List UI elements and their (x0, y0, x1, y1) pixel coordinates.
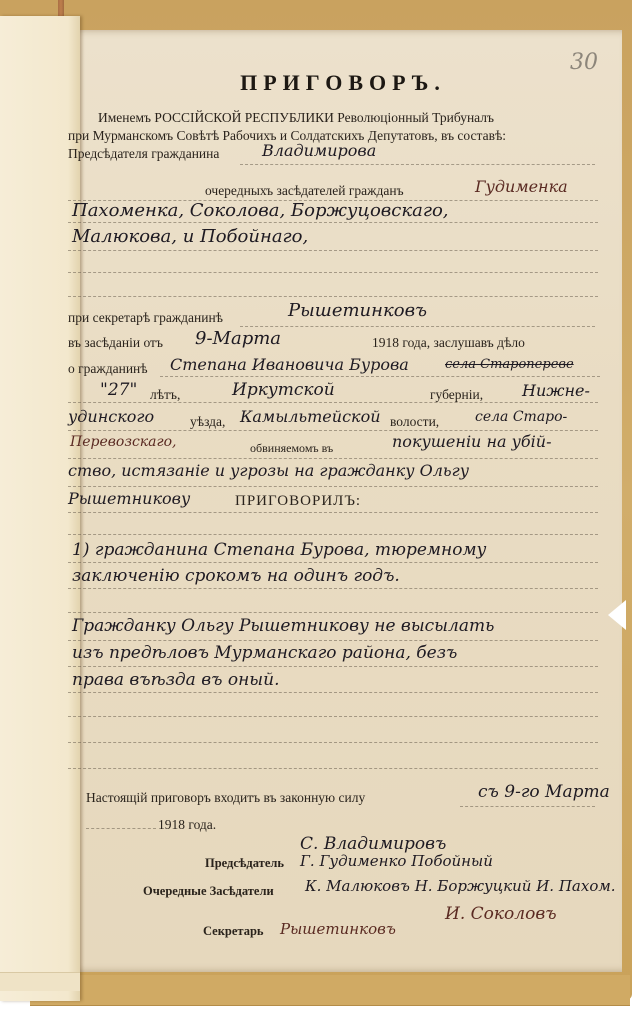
rule (68, 222, 598, 223)
verdict-1-line-a: 1) гражданина Степана Бурова, тюремному (72, 540, 486, 560)
secretary-value: Рышетинковъ (288, 300, 427, 321)
effective-value: съ 9-го Марта (478, 782, 610, 802)
rule (160, 376, 600, 377)
province-value: Иркутской (232, 380, 335, 400)
volost-label: волости, (390, 414, 439, 430)
rule (68, 402, 598, 403)
volost-value: Камыльтейской (240, 407, 381, 426)
session-date: 9-Марта (195, 328, 281, 349)
rule (68, 458, 598, 459)
rule (68, 612, 598, 613)
province-label: губерніи, (430, 387, 483, 403)
rule (68, 562, 598, 563)
age-value: "27" (100, 380, 137, 400)
rule (68, 250, 598, 251)
sig-chairman-label: Предсѣдатель (205, 856, 284, 871)
sig-assessors-label: Очередные Засѣдатели (143, 884, 274, 899)
chairman-label: Предсѣдателя гражданина (68, 146, 219, 162)
rule (68, 486, 598, 487)
rule (68, 296, 598, 297)
rule (68, 534, 598, 535)
district-value-a: Нижне- (522, 381, 590, 400)
verdict-1-line-b: заключенію срокомъ на одинъ годъ. (72, 566, 400, 586)
effective-year: 1918 года. (158, 817, 216, 833)
defendant-name: Степана Ивановича Бурова (170, 355, 409, 374)
about-label: о гражданинѣ (68, 361, 148, 377)
verdict-2-line-c: права въѣзда въ оный. (72, 670, 279, 690)
chairman-signature: С. Владимировъ (300, 834, 446, 854)
charge-line-3: Рышетникову (68, 489, 190, 508)
rule (460, 806, 595, 807)
rule (240, 326, 595, 327)
session-year: 1918 года, заслушавъ дѣло (372, 335, 525, 351)
defendant-struck-text: села Старопереве (445, 357, 574, 372)
sig-secretary-value: Рышетинковъ (280, 920, 396, 938)
verdict-heading: ПРИГОВОРИЛЪ: (235, 493, 361, 510)
district-value-b: удинского (68, 407, 154, 426)
village-value-b: Перевозскаго, (70, 434, 176, 450)
rule (68, 742, 598, 743)
assessors-value-2: Пахоменка, Соколова, Боржуцовскаго, (72, 200, 449, 221)
rule (68, 716, 598, 717)
rule (68, 692, 598, 693)
charge-line-2: ство, истязаніе и угрозы на гражданку Ол… (68, 461, 469, 480)
assessors-label: очередныхъ засѣдателей гражданъ (205, 183, 404, 199)
header-line-1: Именемъ РОССІЙСКОЙ РЕСПУБЛИКИ Революціон… (98, 110, 494, 126)
left-blank-pages (0, 16, 80, 1001)
rule (68, 430, 598, 431)
document-title: ПРИГОВОРЪ. (64, 70, 622, 96)
effective-label: Настоящій приговоръ входитъ въ законную … (86, 790, 365, 806)
rule (68, 666, 598, 667)
sig-secretary-label: Секретарь (203, 924, 264, 939)
sig-assessors-value-2: И. Соколовъ (445, 904, 557, 924)
rule (68, 272, 598, 273)
assessors-value-1: Гудименка (475, 177, 568, 196)
accused-label: обвиняемомъ въ (250, 441, 333, 456)
sig-assessors-value-1: К. Малюковъ Н. Боржуцкий И. Пахом. (305, 877, 616, 895)
rule (68, 588, 598, 589)
rule (68, 768, 598, 769)
secretary-label: при секретарѣ гражданинѣ (68, 310, 223, 326)
rule (68, 512, 598, 513)
assessors-value-3: Малюкова, и Побойнаго, (72, 226, 308, 247)
sig-chairman-value: Г. Гудименко Побойный (300, 852, 493, 870)
rule (68, 640, 598, 641)
session-label: въ засѣданіи отъ (68, 335, 163, 351)
age-label: лѣтъ, (150, 387, 180, 403)
verdict-2-line-b: изъ предѣловъ Мурманскаго района, безъ (72, 643, 457, 663)
village-value-a: села Старо- (475, 409, 567, 425)
chairman-value: Владимирова (262, 141, 376, 160)
charge-line-1: покушеніи на убій- (392, 432, 551, 451)
folder-bottom-edge (30, 975, 630, 1006)
rule (86, 828, 156, 829)
rule (240, 164, 595, 165)
verdict-2-line-a: Гражданку Ольгу Рышетникову не высылать (72, 616, 494, 636)
district-label: уѣзда, (190, 414, 225, 430)
